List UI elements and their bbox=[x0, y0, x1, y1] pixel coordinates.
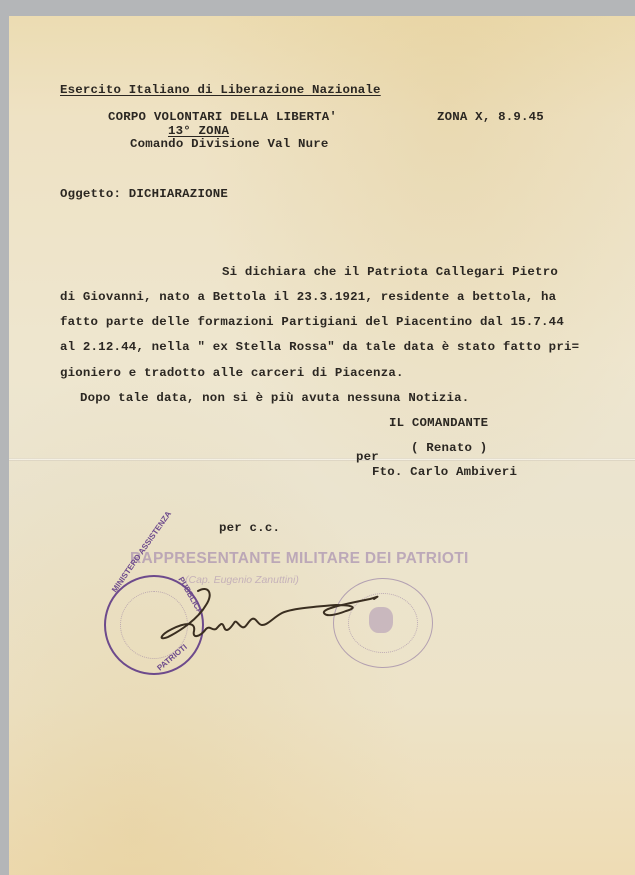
copy-note: per c.c. bbox=[219, 521, 280, 535]
body-line-4: al 2.12.44, nella " ex Stella Rossa" da … bbox=[60, 340, 579, 354]
body-line-6: Dopo tale data, non si è più avuta nessu… bbox=[80, 391, 469, 405]
commander-name: ( Renato ) bbox=[411, 441, 487, 455]
paper-fold-line bbox=[9, 458, 635, 461]
zone-heading: 13° ZONA bbox=[168, 124, 229, 138]
place-date: ZONA X, 8.9.45 bbox=[437, 110, 544, 124]
per-label: per bbox=[356, 450, 379, 464]
body-line-2: di Giovanni, nato a Bettola il 23.3.1921… bbox=[60, 290, 556, 304]
corps-heading: CORPO VOLONTARI DELLA LIBERTA' bbox=[108, 110, 337, 124]
body-line-1: Si dichiara che il Patriota Callegari Pi… bbox=[222, 265, 558, 279]
body-line-5: gioniero e tradotto alle carceri di Piac… bbox=[60, 366, 404, 380]
body-line-3: fatto parte delle formazioni Partigiani … bbox=[60, 315, 564, 329]
handwritten-signature bbox=[150, 585, 390, 645]
subject-line: Oggetto: DICHIARAZIONE bbox=[60, 187, 228, 201]
commander-title: IL COMANDANTE bbox=[389, 416, 488, 430]
army-heading: Esercito Italiano di Liberazione Naziona… bbox=[60, 83, 381, 97]
stamp-banner: RAPPRESENTANTE MILITARE DEI PATRIOTI bbox=[130, 550, 469, 568]
signed-by: Fto. Carlo Ambiveri bbox=[372, 465, 517, 479]
command-heading: Comando Divisione Val Nure bbox=[130, 137, 329, 151]
